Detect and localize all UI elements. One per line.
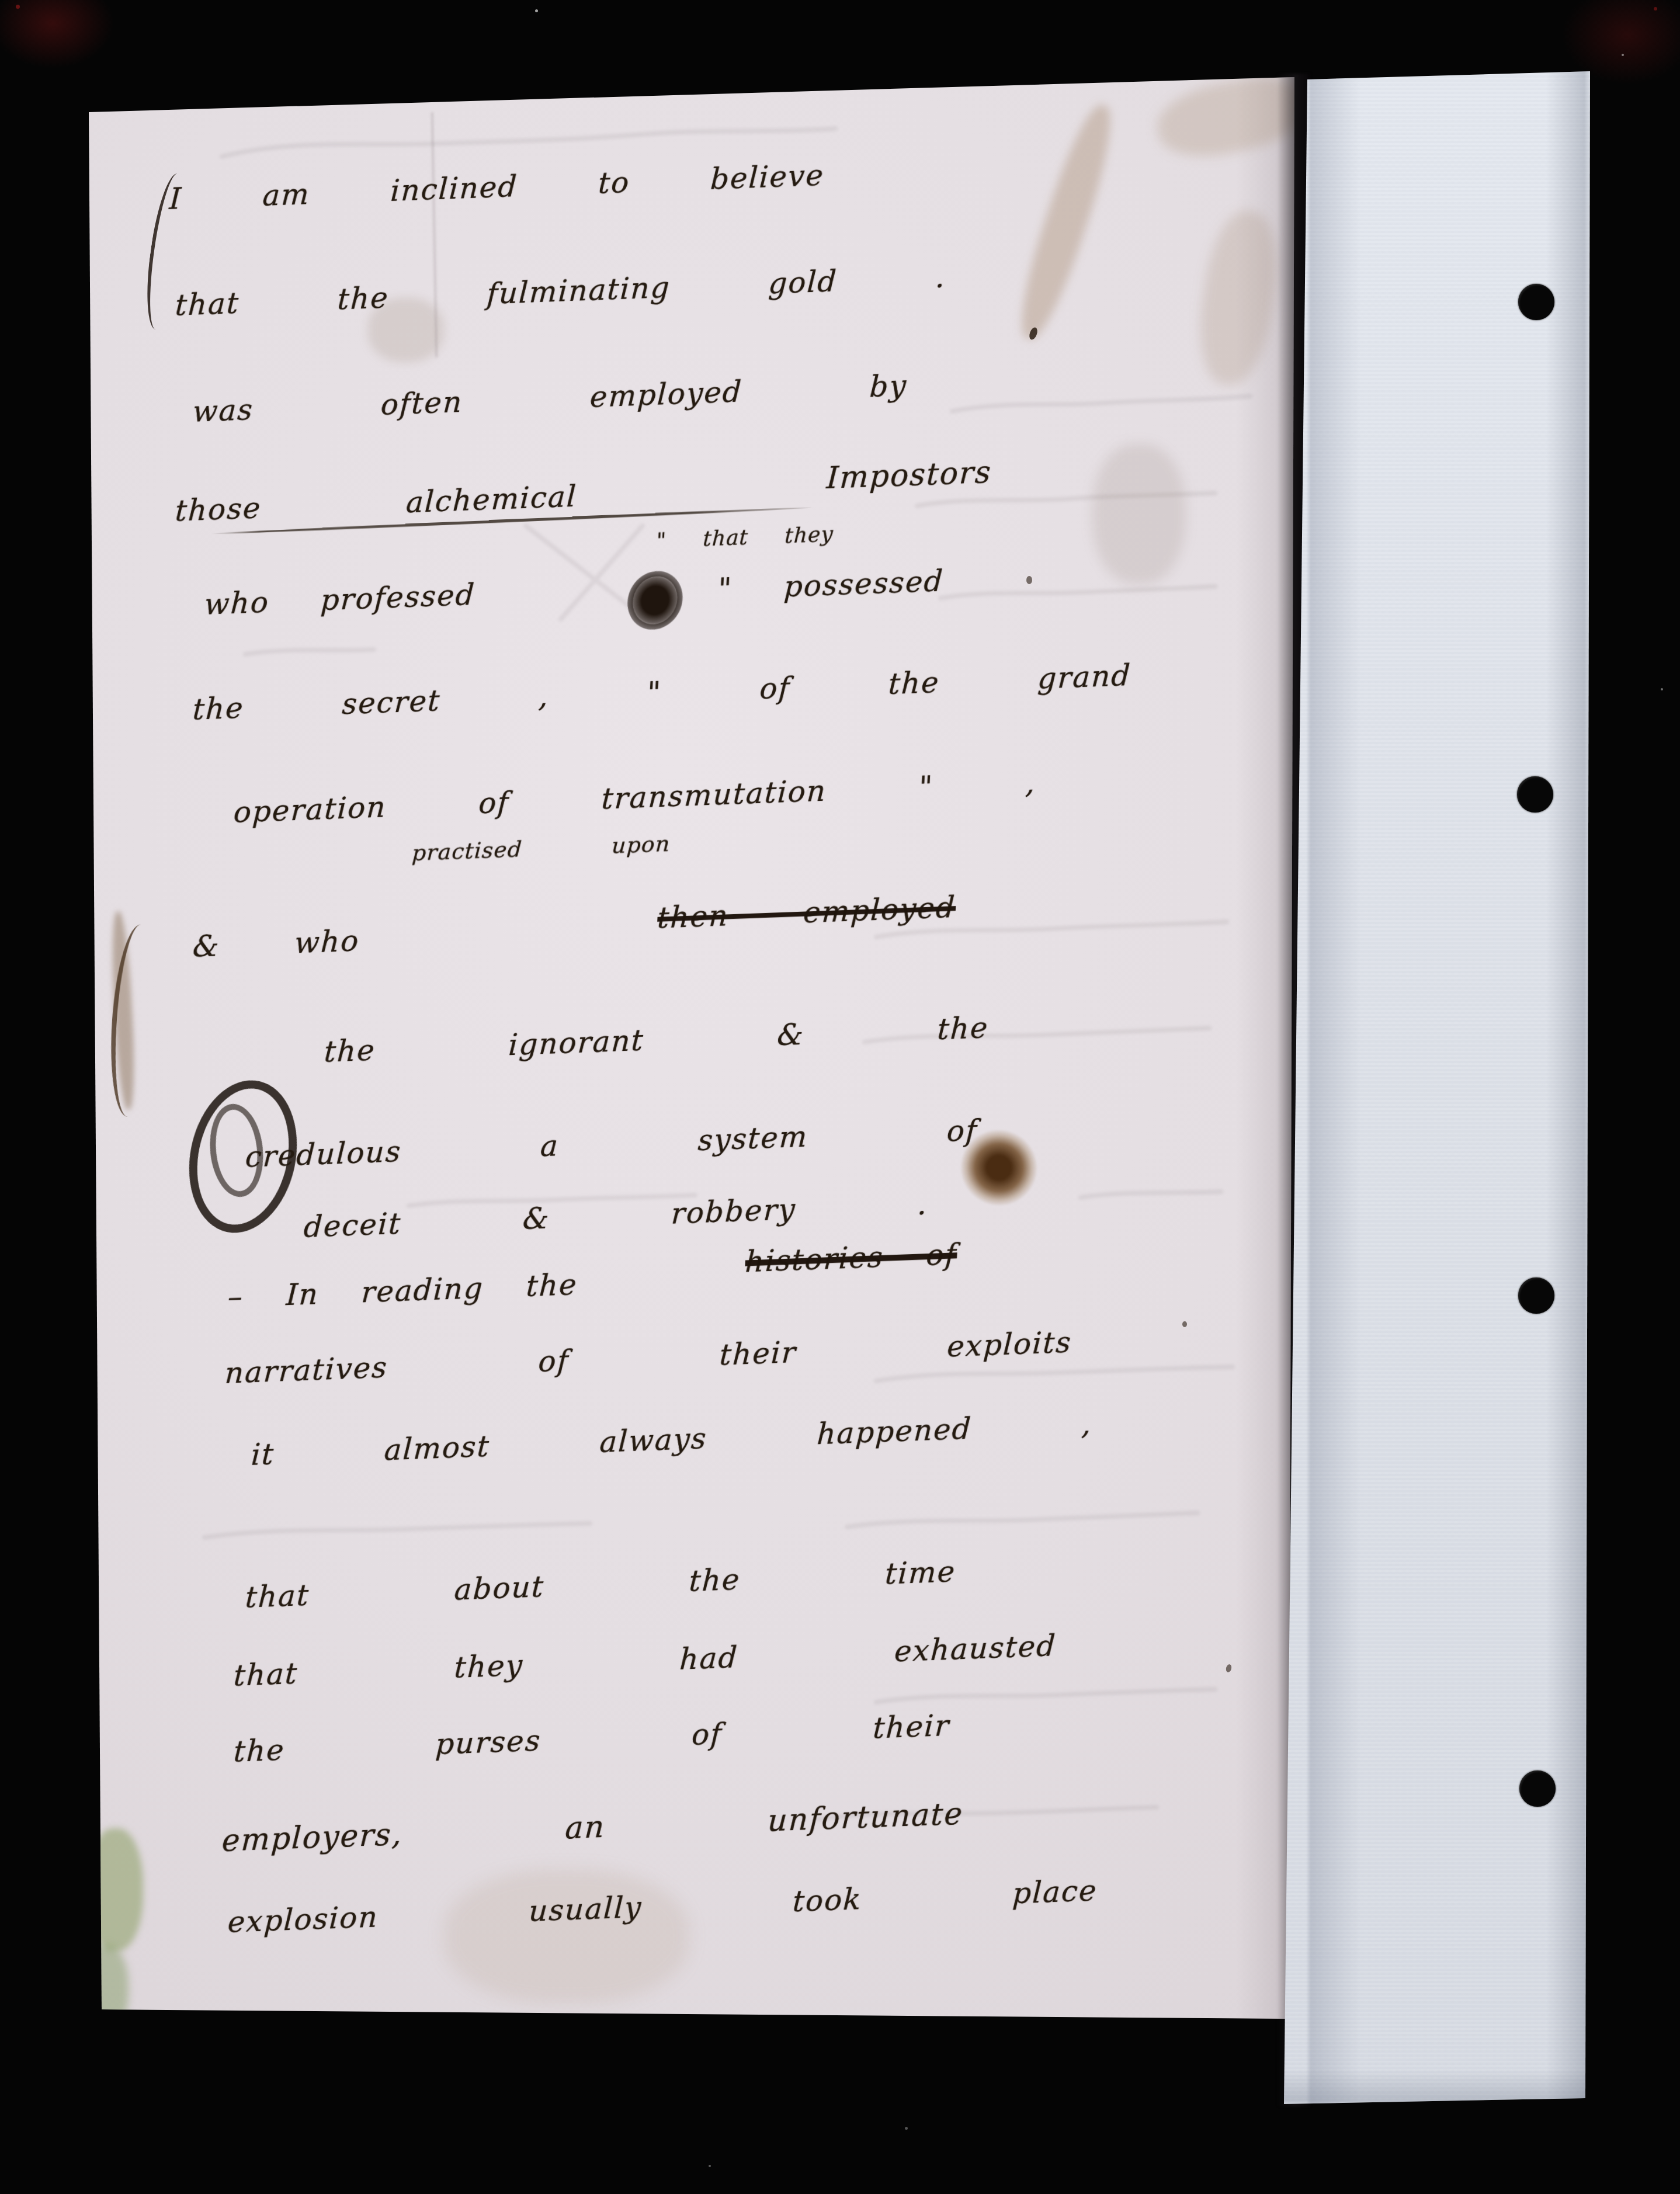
ink-speck bbox=[1026, 576, 1032, 584]
dust-speck bbox=[905, 2127, 908, 2130]
dust-speck bbox=[1661, 688, 1663, 690]
mount-corner-tint bbox=[0, 0, 140, 88]
punch-hole-3 bbox=[1518, 1277, 1554, 1314]
photographed-manuscript-scene: I am inclined to believe that the fulmin… bbox=[0, 0, 1680, 2194]
dust-speck bbox=[16, 5, 20, 9]
ms-line-8-lead: & who bbox=[192, 924, 360, 964]
punch-hole-1 bbox=[1518, 284, 1554, 320]
punch-hole-4 bbox=[1519, 1771, 1556, 1807]
dust-speck bbox=[1622, 54, 1624, 56]
ink-speck bbox=[1182, 1321, 1187, 1327]
ms-line-8: & who then employed practised upon bbox=[192, 924, 360, 964]
punch-hole-2 bbox=[1517, 776, 1553, 813]
dust-speck bbox=[709, 2165, 711, 2167]
dust-speck bbox=[535, 9, 538, 12]
dust-speck bbox=[1654, 7, 1657, 11]
ms-line-4-rest: Impostors bbox=[825, 455, 992, 497]
